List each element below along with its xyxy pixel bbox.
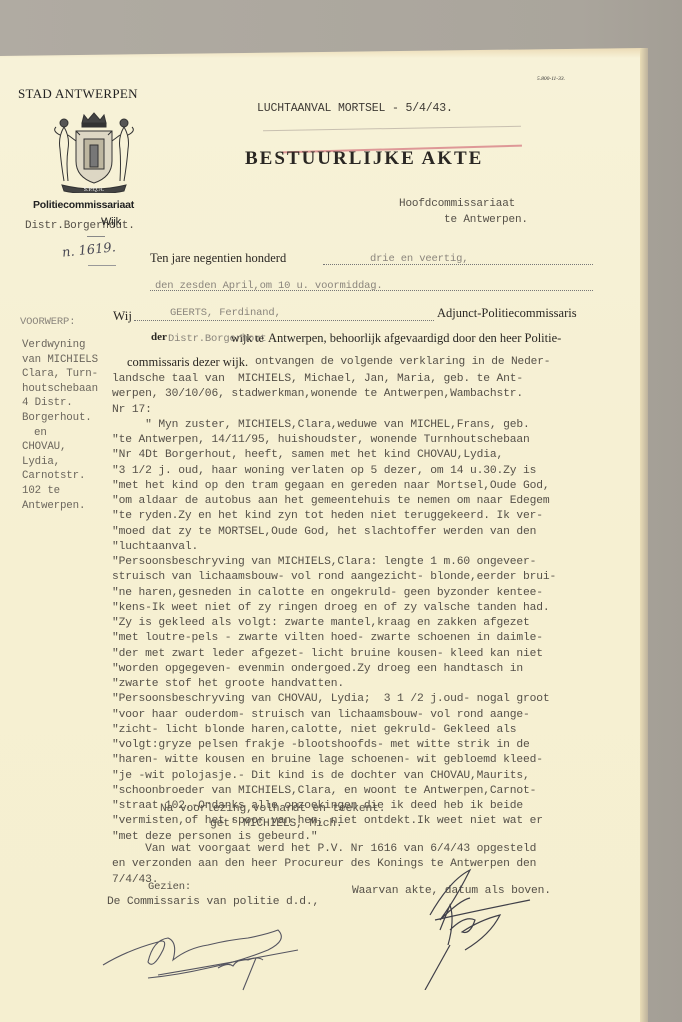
body-line: "schoonbroeder van MICHIELS,Clara, en wo… (112, 784, 642, 799)
body-line: "moed dat zy te MORTSEL,Oude God, het sl… (112, 525, 642, 540)
addressee-line1: Hoofdcommissariaat (399, 198, 515, 210)
body-line: "Persoonsbeschryving van MICHIELS,Clara:… (112, 555, 642, 570)
margin-line: Clara, Turn- (22, 367, 122, 382)
body-line: "Persoonsbeschryving van CHOVAU, Lydia; … (112, 692, 642, 707)
body-line: " Myn zuster, MICHIELS,Clara,weduwe van … (112, 418, 642, 433)
margin-line: en (22, 426, 122, 441)
body-line: "zicht- licht blonde haren,calotte, niet… (112, 723, 642, 738)
body-line: Nr 17: (112, 403, 642, 418)
transmission-line: Van wat voorgaat werd het P.V. Nr 1616 v… (112, 842, 536, 857)
body-line: "ne haren,gesneden in calotte en ongekru… (112, 586, 642, 601)
addressee-line2: te Antwerpen. (444, 214, 528, 226)
body-line: "voor haar ouderdom- struisch van lichaa… (112, 708, 642, 723)
der-prefix: der (151, 331, 167, 343)
body-line: "Nr 4Dt Borgerhout, heeft, samen met het… (112, 448, 642, 463)
body-line: "haren- witte kousen en bruine lage scho… (112, 753, 642, 768)
body-line: "3 1/2 j. oud, haar woning verlaten op 5… (112, 464, 642, 479)
signature-right-icon (410, 860, 540, 990)
margin-line: Verdwyning (22, 338, 122, 353)
declaration-body: landsche taal van MICHIELS, Michael, Jan… (112, 372, 642, 845)
gezien-label: Gezien: (148, 881, 191, 893)
closing-signature-typed: get' MICHIELS, Mich. (210, 818, 343, 830)
wijk-label: Wijk (101, 216, 121, 228)
body-line: "luchtaanval. (112, 540, 642, 555)
body-line: "je -wit polojasje.- Dit kind is de doch… (112, 769, 642, 784)
commissaris-label: commissaris dezer wijk. (127, 355, 248, 370)
year-label: Ten jare negentien honderd (150, 251, 286, 266)
margin-line: 102 te (22, 484, 122, 499)
number-underline (88, 265, 116, 266)
body-line: "der met zwart leder afgezet- licht brui… (112, 647, 642, 662)
header-city: STAD ANTWERPEN (18, 86, 138, 102)
subject-line: LUCHTAANVAL MORTSEL - 5/4/43. (257, 102, 453, 115)
body-line: "vermisten,of het spoor van hen, niet on… (112, 814, 642, 829)
city-crest-icon: S.P.Q.A. (44, 111, 144, 193)
subject-label: VOORWERP: (20, 316, 75, 328)
officer-dotline (134, 320, 434, 321)
svg-text:S.P.Q.A.: S.P.Q.A. (84, 187, 105, 193)
wijk-underline (87, 236, 105, 237)
body-line: "zwarte stof het groote handvatten. (112, 677, 642, 692)
body-line: "met loutre-pels - zwarte vilten hoed- z… (112, 631, 642, 646)
officer-rank: Adjunct-Politiecommissaris (437, 306, 577, 321)
margin-line: CHOVAU, (22, 440, 122, 455)
form-number: 5.800-11-33. (537, 76, 565, 82)
body-line: "Zy is gekleed als volgt: zwarte mantel,… (112, 616, 642, 631)
office-label: Politiecommissariaat (33, 199, 134, 211)
wij-label: Wij (113, 308, 132, 324)
margin-note: Verdwyning van MICHIELS Clara, Turn- hou… (22, 338, 122, 513)
body-line: landsche taal van MICHIELS, Michael, Jan… (112, 372, 642, 387)
closing-line: Na voorlezing,volhardt en teekent. (160, 803, 385, 815)
commissaris-signature-line: De Commissaris van politie d.d., (107, 896, 319, 908)
body-line: "te ryden.Zy en het kind zyn tot heden n… (112, 509, 642, 524)
body-first-line: ontvangen de volgende verklaring in de N… (255, 356, 550, 368)
margin-line: Antwerpen. (22, 499, 122, 514)
margin-line: van MICHIELS (22, 353, 122, 368)
body-line: "kens-Ik weet niet of zy ringen droeg en… (112, 601, 642, 616)
body-line: "om aldaar de autobus aan het gemeentehu… (112, 494, 642, 509)
body-line: werpen, 30/10/06, stadwerkman,wonende te… (112, 387, 642, 402)
date-value: den zesden April,om 10 u. voormiddag. (155, 280, 383, 292)
margin-line: Carnotstr. (22, 469, 122, 484)
margin-line: 4 Distr. (22, 396, 122, 411)
page-title: BESTUURLIJKE AKTE (245, 148, 483, 170)
body-line: "met het kind op den tram gegaan en gere… (112, 479, 642, 494)
body-line: "volgt:gryze pelsen frakje -blootshoofds… (112, 738, 642, 753)
margin-line: Borgerhout. (22, 411, 122, 426)
body-line: "te Antwerpen, 14/11/95, huishoudster, w… (112, 433, 642, 448)
margin-line: Lydia, (22, 455, 122, 470)
wijk-te: wijk te (231, 331, 264, 346)
der-rest: Antwerpen, behoorlijk afgevaardigd door … (268, 331, 561, 346)
signature-left-icon (98, 920, 308, 995)
body-line: struisch van lichaamsbouw- vol rond aang… (112, 570, 642, 585)
officer-name: GEERTS, Ferdinand, (170, 307, 281, 319)
body-line: "worden opgegeven- evenmin ondergoed.Zy … (112, 662, 642, 677)
year-value: drie en veertig, (370, 253, 468, 265)
margin-line: houtschebaan (22, 382, 122, 397)
